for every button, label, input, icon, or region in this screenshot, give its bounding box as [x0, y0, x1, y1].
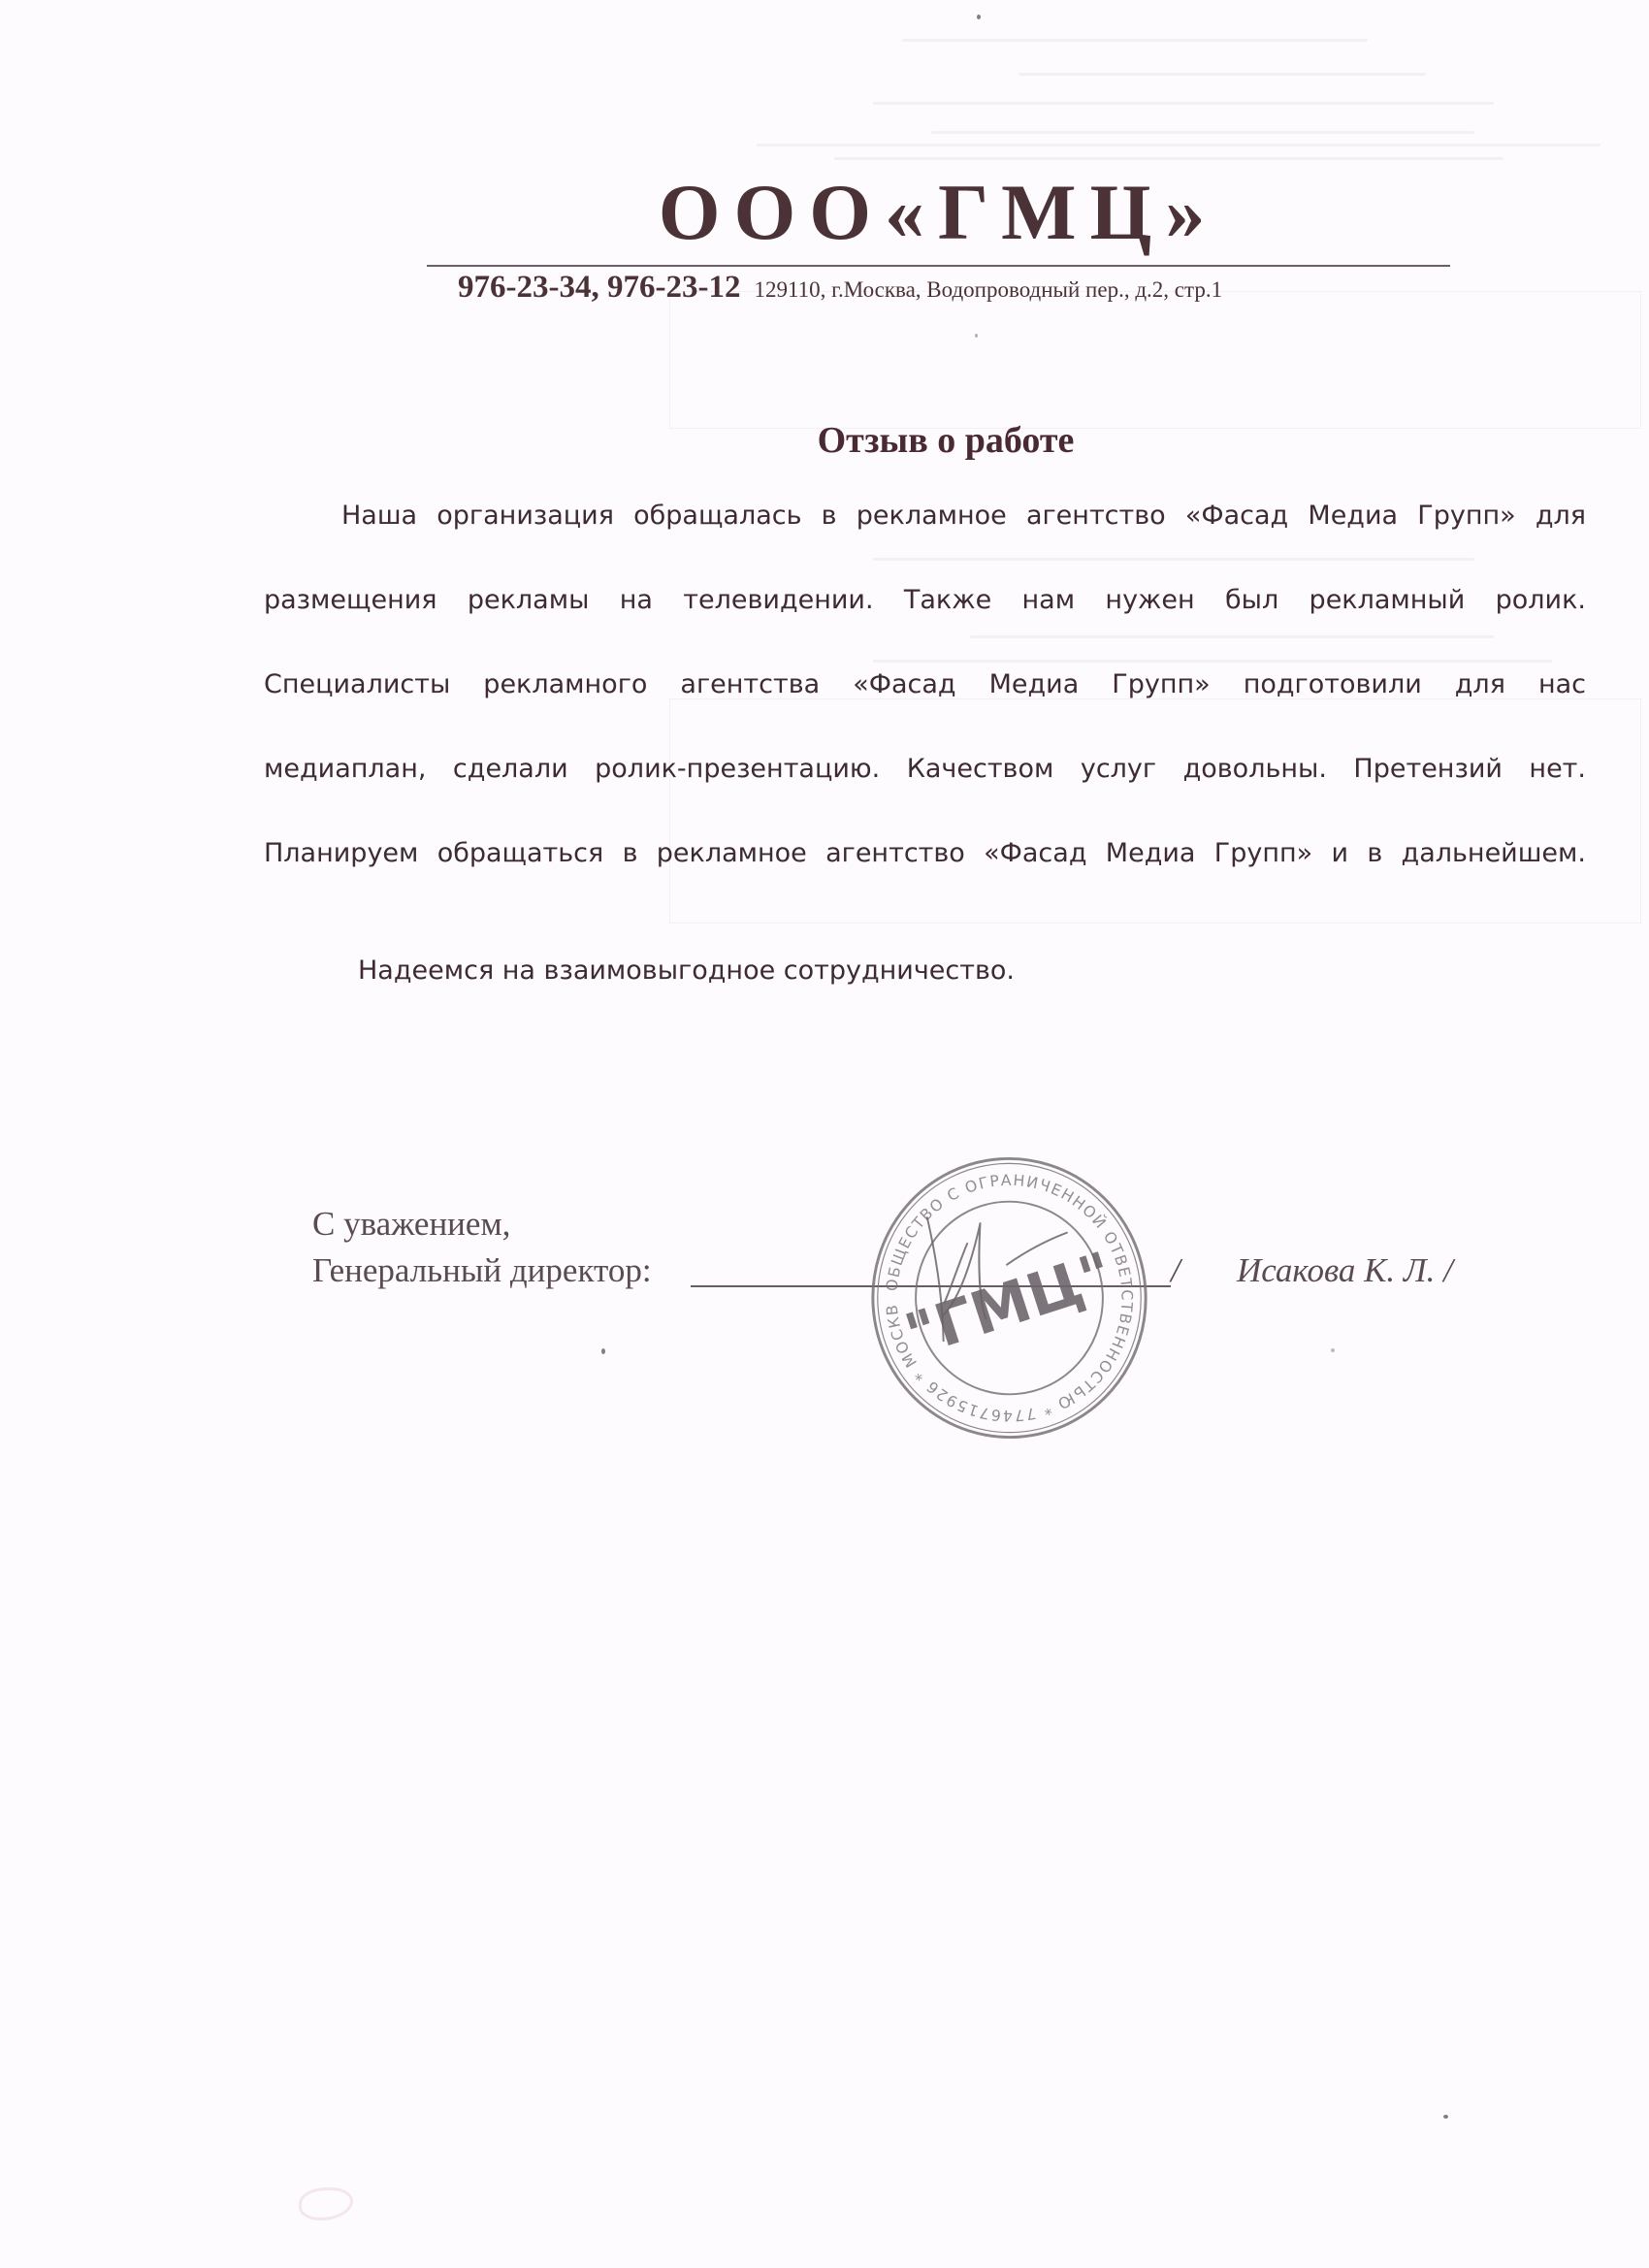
body-line: Специалисты рекламного агентства «Фасад …	[264, 664, 1586, 748]
scan-speck	[1331, 1348, 1335, 1352]
scan-speck	[601, 1348, 605, 1354]
scan-speck	[975, 334, 978, 338]
signer-position: Генеральный директор:	[312, 1247, 652, 1294]
signer-name: Исакова К. Л. /	[1237, 1251, 1453, 1290]
letterhead-divider	[427, 265, 1450, 267]
company-seal-stamp: ОБЩЕСТВО С ОГРАНИЧЕННОЙ ОТВЕТСТВЕННОСТЬЮ…	[857, 1143, 1162, 1453]
contact-line: 976-23-34, 976-23-12 129110, г.Москва, В…	[458, 270, 1222, 306]
scan-speck	[1443, 2115, 1448, 2119]
closing-sentence: Надеемся на взаимовыгодное сотрудничеств…	[358, 956, 1015, 986]
regards-text: С уважением,	[312, 1201, 652, 1247]
signature-block: С уважением, Генеральный директор:	[312, 1201, 652, 1294]
body-line: Наша организация обращалась в рекламное …	[264, 495, 1586, 579]
document-title: Отзыв о работе	[0, 419, 1649, 462]
body-line: медиаплан, сделали ролик-презентацию. Ка…	[264, 748, 1586, 832]
company-phones: 976-23-34, 976-23-12	[458, 270, 740, 305]
signature-slash: /	[1171, 1251, 1180, 1290]
company-address: 129110, г.Москва, Водопроводный пер., д.…	[754, 277, 1222, 302]
scan-smudge	[299, 2187, 353, 2220]
body-line: размещения рекламы на телевидении. Также…	[264, 579, 1586, 664]
scanned-letter-page: ООО«ГМЦ» 976-23-34, 976-23-12 129110, г.…	[0, 0, 1649, 2268]
body-line: Планируем обращаться в рекламное агентст…	[264, 832, 1586, 917]
scan-speck	[977, 15, 981, 19]
letter-body: Наша организация обращалась в рекламное …	[264, 495, 1586, 917]
company-name: ООО«ГМЦ»	[427, 173, 1450, 252]
